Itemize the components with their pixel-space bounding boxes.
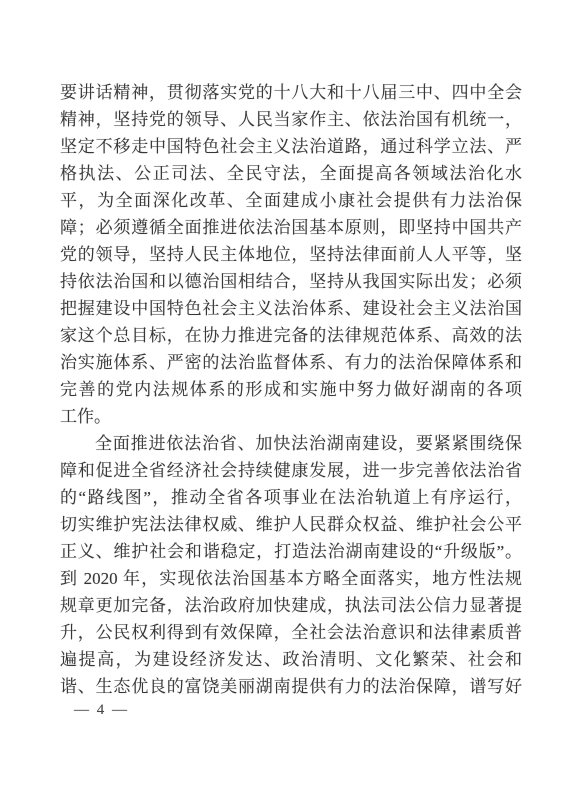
- text-line: 规章更加完备，法治政府加快建成，执法司法公信力显著提: [60, 592, 522, 619]
- text-line: 要讲话精神，贯彻落实党的十八大和十八届三中、四中全会: [60, 79, 522, 106]
- text-line: 正义、维护社会和谐稳定，打造法治湖南建设的“升级版”。: [60, 538, 522, 565]
- text-line: 工作。: [60, 403, 522, 430]
- text-line: 党的领导，坚持人民主体地位，坚持法律面前人人平等，坚: [60, 241, 522, 268]
- text-line: 平，为全面深化改革、全面建成小康社会提供有力法治保: [60, 187, 522, 214]
- text-line: 切实维护宪法法律权威、维护人民群众权益、维护社会公平: [60, 511, 522, 538]
- text-line: 把握建设中国特色社会主义法治体系、建设社会主义法治国: [60, 295, 522, 322]
- text-line: 谐、生态优良的富饶美丽湖南提供有力的法治保障，谱写好: [60, 673, 522, 700]
- text-line: 完善的党内法规体系的形成和实施中努力做好湖南的各项: [60, 376, 522, 403]
- page-number: — 4 —: [74, 700, 129, 720]
- text-line: 全面推进依法治省、加快法治湖南建设，要紧紧围绕保: [60, 430, 522, 457]
- text-line: 治实施体系、严密的法治监督体系、有力的法治保障体系和: [60, 349, 522, 376]
- text-line: 升，公民权利得到有效保障，全社会法治意识和法律素质普: [60, 619, 522, 646]
- text-line: 障和促进全省经济社会持续健康发展，进一步完善依法治省: [60, 457, 522, 484]
- text-line: 持依法治国和以德治国相结合，坚持从我国实际出发；必须: [60, 268, 522, 295]
- document-body: 要讲话精神，贯彻落实党的十八大和十八届三中、四中全会 精神，坚持党的领导、人民当…: [60, 79, 522, 700]
- text-line: 遍提高，为建设经济发达、政治清明、文化繁荣、社会和: [60, 646, 522, 673]
- text-line: 的“路线图”，推动全省各项事业在法治轨道上有序运行，: [60, 484, 522, 511]
- text-line: 坚定不移走中国特色社会主义法治道路，通过科学立法、严: [60, 133, 522, 160]
- document-page: 要讲话精神，贯彻落实党的十八大和十八届三中、四中全会 精神，坚持党的领导、人民当…: [0, 0, 567, 802]
- text-line: 障；必须遵循全面推进依法治国基本原则，即坚持中国共产: [60, 214, 522, 241]
- text-line: 家这个总目标，在协力推进完备的法律规范体系、高效的法: [60, 322, 522, 349]
- text-line: 格执法、公正司法、全民守法，全面提高各领域法治化水: [60, 160, 522, 187]
- text-line: 到 2020 年，实现依法治国基本方略全面落实，地方性法规: [60, 565, 522, 592]
- text-line: 精神，坚持党的领导、人民当家作主、依法治国有机统一，: [60, 106, 522, 133]
